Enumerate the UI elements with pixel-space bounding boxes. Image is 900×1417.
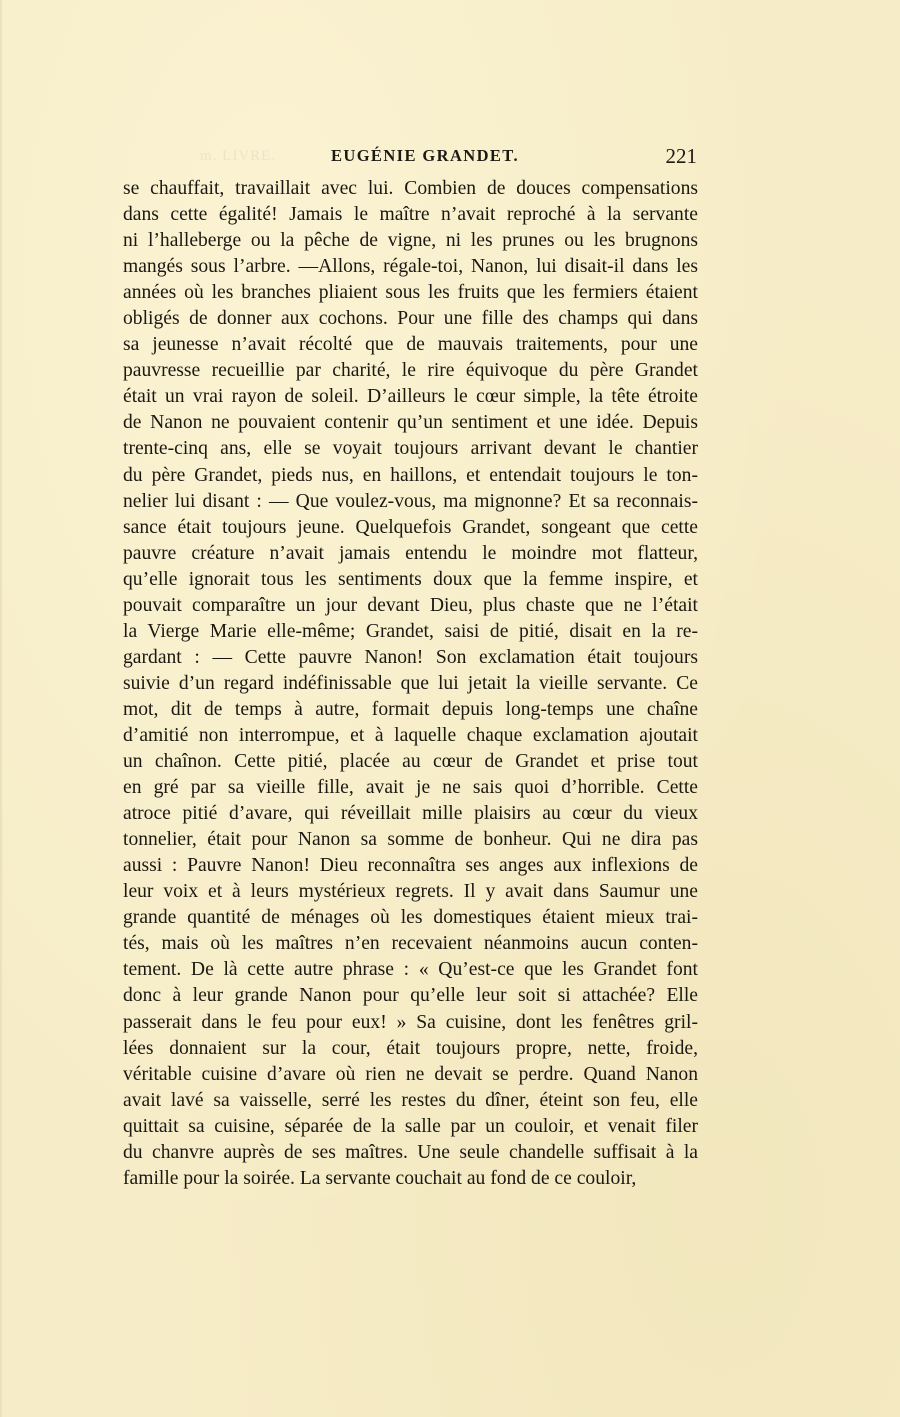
text-line: dans cette égalité! Jamais le maître n’a…	[123, 202, 698, 228]
text-line: était un vrai rayon de soleil. D’ailleur…	[123, 384, 698, 410]
body-text: se chauffait, travaillait avec lui. Comb…	[123, 176, 698, 1192]
text-line: de Nanon ne pouvaient contenir qu’un sen…	[123, 410, 698, 436]
text-line: en gré par sa vieille fille, avait je ne…	[123, 775, 698, 801]
text-line: véritable cuisine d’avare où rien ne dev…	[123, 1062, 698, 1088]
text-line: se chauffait, travaillait avec lui. Comb…	[123, 176, 698, 202]
text-line: famille pour la soirée. La servante couc…	[123, 1166, 698, 1192]
text-line: pauvre créature n’avait jamais entendu l…	[123, 541, 698, 567]
text-line: ni l’halleberge ou la pêche de vigne, ni…	[123, 228, 698, 254]
text-line: aussi : Pauvre Nanon! Dieu reconnaîtra s…	[123, 853, 698, 879]
text-line: nelier lui disant : — Que voulez-vous, m…	[123, 489, 698, 515]
text-line: avait lavé sa vaisselle, serré les reste…	[123, 1088, 698, 1114]
text-line: tonnelier, était pour Nanon sa somme de …	[123, 827, 698, 853]
text-line: lées donnaient sur la cour, était toujou…	[123, 1036, 698, 1062]
text-line: atroce pitié d’avare, qui réveillait mil…	[123, 801, 698, 827]
running-title: EUGÉNIE GRANDET.	[123, 146, 697, 166]
text-line: quittait sa cuisine, séparée de la salle…	[123, 1114, 698, 1140]
text-line: sance était toujours jeune. Quelquefois …	[123, 515, 698, 541]
page-number: 221	[666, 144, 698, 169]
text-line: qu’elle ignorait tous les sentiments dou…	[123, 567, 698, 593]
text-line: donc à leur grande Nanon pour qu’elle le…	[123, 983, 698, 1009]
text-line: un chaînon. Cette pitié, placée au cœur …	[123, 749, 698, 775]
text-line: passerait dans le feu pour eux! » Sa cui…	[123, 1010, 698, 1036]
text-line: tés, mais où les maîtres n’en recevaient…	[123, 931, 698, 957]
text-line: pouvait comparaître un jour devant Dieu,…	[123, 593, 698, 619]
text-line: la Vierge Marie elle-même; Grandet, sais…	[123, 619, 698, 645]
text-line: pauvresse recueillie par charité, le rir…	[123, 358, 698, 384]
book-page: m. LIVRE. EUGÉNIE GRANDET. 221 se chauff…	[0, 0, 900, 1417]
text-line: leur voix et à leurs mystérieux regrets.…	[123, 879, 698, 905]
text-line: d’amitié non interrompue, et à laquelle …	[123, 723, 698, 749]
text-line: mot, dit de temps à autre, formait depui…	[123, 697, 698, 723]
text-line: mangés sous l’arbre. —Allons, régale-toi…	[123, 254, 698, 280]
text-line: trente-cinq ans, elle se voyait toujours…	[123, 436, 698, 462]
text-line: suivie d’un regard indéfinissable que lu…	[123, 671, 698, 697]
page-edge-shadow	[0, 0, 3, 1417]
text-line: tement. De là cette autre phrase : « Qu’…	[123, 957, 698, 983]
text-line: années où les branches pliaient sous les…	[123, 280, 698, 306]
running-head: EUGÉNIE GRANDET. 221	[123, 146, 697, 170]
text-line: grande quantité de ménages où les domest…	[123, 905, 698, 931]
text-line: sa jeunesse n’avait récolté que de mauva…	[123, 332, 698, 358]
text-line: du père Grandet, pieds nus, en haillons,…	[123, 463, 698, 489]
text-line: obligés de donner aux cochons. Pour une …	[123, 306, 698, 332]
text-line: du chanvre auprès de ses maîtres. Une se…	[123, 1140, 698, 1166]
text-line: gardant : — Cette pauvre Nanon! Son excl…	[123, 645, 698, 671]
